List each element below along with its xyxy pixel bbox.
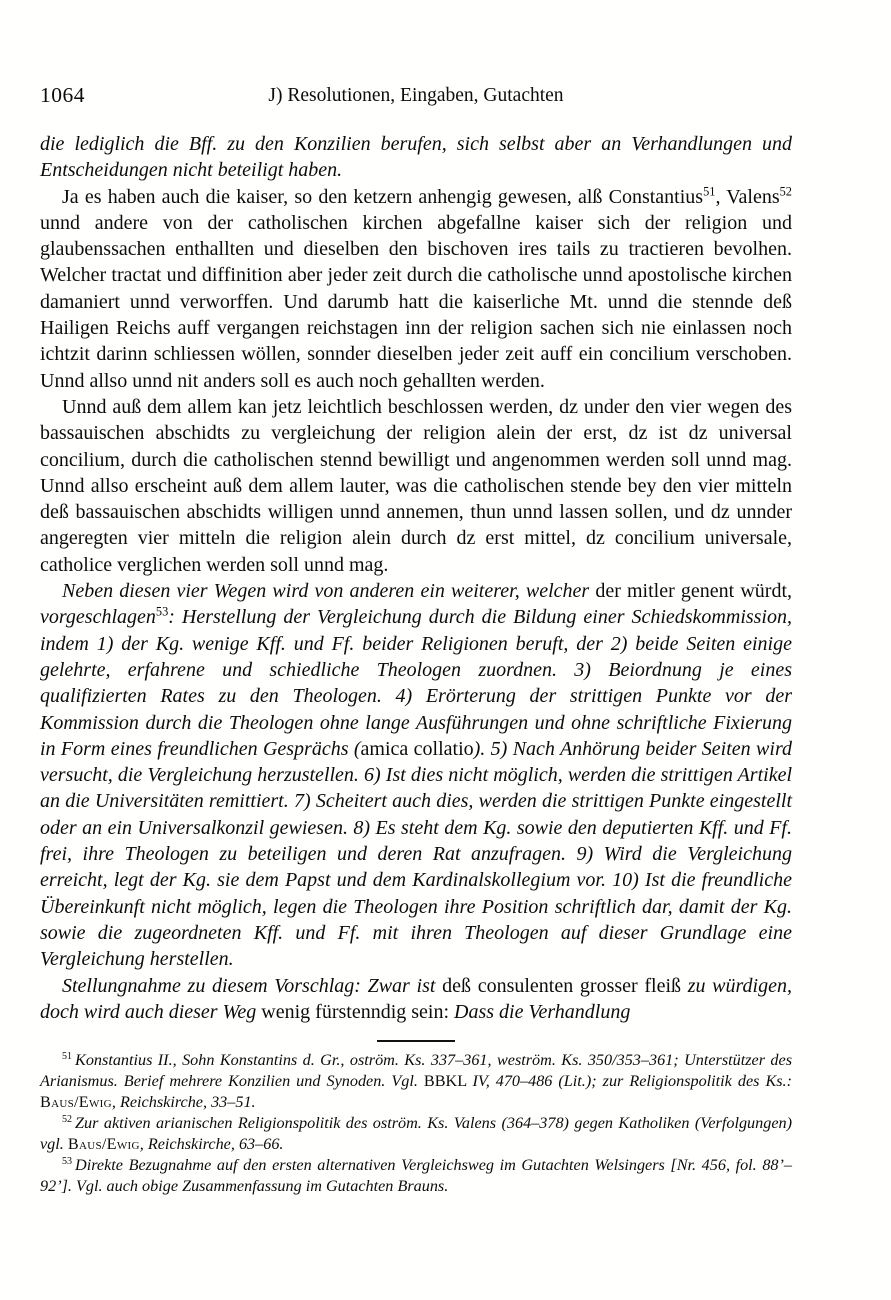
text-segment: , Reichskirche, 63–66. — [140, 1135, 284, 1153]
text-segment: ). 5) Nach Anhörung beider Seiten wird v… — [40, 738, 792, 970]
text-segment: Baus/Ewig — [40, 1093, 112, 1111]
text-segment: vorgeschlagen — [40, 606, 156, 628]
text-segment: amica collatio — [361, 738, 474, 760]
footnote: 52Zur aktiven arianischen Religionspolit… — [40, 1113, 792, 1155]
footnote: 51Konstantius II., Sohn Konstantins d. G… — [40, 1050, 792, 1113]
page-number: 1064 — [40, 83, 85, 108]
text-segment: wenig fürstenndig sein: — [261, 1001, 454, 1023]
page-header: 1064 J) Resolutionen, Eingaben, Gutachte… — [40, 83, 792, 110]
text-segment: Ja es haben auch die kaiser, so den ketz… — [62, 186, 703, 208]
book-page: 1064 J) Resolutionen, Eingaben, Gutachte… — [0, 0, 891, 1300]
text-segment: BBKL — [424, 1072, 473, 1090]
text-segment: : Herstellung der Vergleichung durch die… — [40, 606, 792, 759]
text-segment: Unnd auß dem allem kan jetz leichtlich b… — [40, 396, 792, 576]
footnote-reference: 52 — [780, 184, 792, 198]
footnote-marker: 53 — [62, 1156, 75, 1167]
text-segment: Direkte Bezugnahme auf den ersten altern… — [40, 1156, 792, 1195]
text-segment: , Valens — [715, 186, 779, 208]
footnote-separator — [377, 1040, 455, 1042]
text-segment: der mitler genent würdt, — [595, 580, 792, 602]
text-segment: deß consulenten grosser fleiß — [442, 975, 688, 997]
text-segment: Neben diesen vier Wegen wird von anderen… — [62, 580, 595, 602]
body-paragraph: Ja es haben auch die kaiser, so den ketz… — [40, 184, 792, 394]
footnotes: 51Konstantius II., Sohn Konstantins d. G… — [40, 1050, 792, 1197]
text-segment: , Reichskirche, 33–51. — [112, 1093, 256, 1111]
footnote: 53Direkte Bezugnahme auf den ersten alte… — [40, 1155, 792, 1197]
footnote-marker: 51 — [62, 1051, 75, 1062]
text-segment: Baus/Ewig — [68, 1135, 140, 1153]
text-segment: IV, 470–486 (Lit.); zur Religionspolitik… — [473, 1072, 792, 1090]
text-segment: die lediglich die Bff. zu den Konzilien … — [40, 133, 792, 181]
body-text: die lediglich die Bff. zu den Konzilien … — [40, 131, 792, 1025]
text-segment: Stellungnahme zu diesem Vorschlag: Zwar … — [62, 975, 442, 997]
text-segment: Dass die Verhandlung — [454, 1001, 630, 1023]
body-paragraph: Unnd auß dem allem kan jetz leichtlich b… — [40, 394, 792, 578]
footnote-reference: 53 — [156, 605, 168, 619]
body-paragraph: die lediglich die Bff. zu den Konzilien … — [40, 131, 792, 184]
text-segment: unnd andere von der catholischen kirchen… — [40, 212, 792, 392]
body-paragraph: Neben diesen vier Wegen wird von anderen… — [40, 578, 792, 972]
running-head: J) Resolutionen, Eingaben, Gutachten — [40, 83, 792, 107]
body-paragraph: Stellungnahme zu diesem Vorschlag: Zwar … — [40, 973, 792, 1026]
footnote-reference: 51 — [703, 184, 715, 198]
footnote-marker: 52 — [62, 1114, 75, 1125]
